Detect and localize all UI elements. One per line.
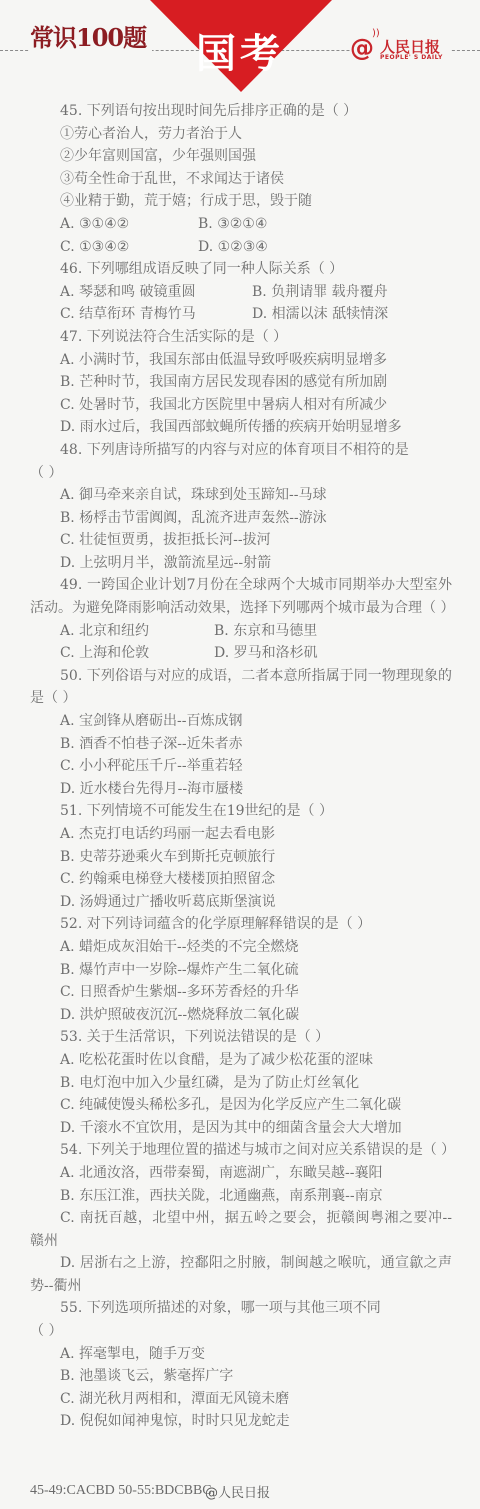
question-stem: 55. 下列选项所描述的对象，哪一项与其他三项不同 (30, 1297, 452, 1320)
option-row: A. 北京和纽约 B. 东京和马德里 (30, 620, 452, 643)
question-53: 53. 关于生活常识，下列说法错误的是（ ） A. 吃松花蛋时佐以食醋，是为了减… (30, 1026, 452, 1139)
option-row: C. 上海和伦敦 D. 罗马和洛杉矶 (30, 642, 452, 665)
brand-name-en: PEOPLE' S DAILY (380, 54, 443, 61)
option-a: A. 宝剑锋从磨砺出--百炼成钢 (30, 710, 452, 733)
option-d: D. 雨水过后，我国西部蚊蝇所传播的疾病开始明显增多 (30, 416, 452, 439)
option-a: A. 琴瑟和鸣 破镜重圆 (60, 281, 252, 304)
series-title: 常识100题 (30, 18, 152, 53)
header-banner: 常识100题 国考 @ )) 人民日报 PEOPLE' S DAILY (0, 0, 480, 96)
option-c: C. 小小秤砣压千斤--举重若轻 (30, 755, 452, 778)
option-c: C. 结草衔环 青梅竹马 (60, 303, 252, 326)
option-a: A. 吃松花蛋时佐以食醋，是为了减少松花蛋的涩味 (30, 1049, 452, 1072)
question-52: 52. 对下列诗词蕴含的化学原理解释错误的是（ ） A. 蜡炬成灰泪始干--烃类… (30, 913, 452, 1026)
option-d: D. 千滚水不宜饮用，是因为其中的细菌含量会大大增加 (30, 1117, 452, 1140)
option-b: B. 东压江淮，西扶关陇，北通幽燕，南系荆襄--南京 (30, 1185, 452, 1208)
option-a: A. 御马牵来亲自试，珠球到处玉蹄知--马球 (30, 484, 452, 507)
option-d: D. 罗马和洛杉矶 (214, 642, 318, 665)
option-row: C. ①③④② D. ①②③④ (30, 236, 452, 259)
question-stem: 53. 关于生活常识，下列说法错误的是（ ） (30, 1026, 452, 1049)
question-list: 45. 下列语句按出现时间先后排序正确的是（ ） ①劳心者治人，劳力者治于人 ②… (30, 100, 452, 1433)
option-c: C. 南抚百越，北望中州，据五岭之要会，扼赣闽粤湘之要冲--赣州 (30, 1207, 452, 1252)
question-46: 46. 下列哪组成语反映了同一种人际关系（ ） A. 琴瑟和鸣 破镜重圆 B. … (30, 258, 452, 326)
question-55: 55. 下列选项所描述的对象，哪一项与其他三项不同 （ ） A. 挥毫掣电，随手… (30, 1297, 452, 1433)
question-stem: 51. 下列情境不可能发生在19世纪的是（ ） (30, 800, 452, 823)
option-c: C. 壮徒恒贾勇，拔拒抵长河--拔河 (30, 529, 452, 552)
question-stem: 54. 下列关于地理位置的描述与城市之间对应关系错误的是（ ） (30, 1139, 452, 1162)
option-d: D. 居浙右之上游，控鄱阳之肘腋，制闽越之喉吭，通宣歙之声势--衢州 (30, 1252, 452, 1297)
question-stem: 48. 下列唐诗所描写的内容与对应的体育项目不相符的是 (30, 439, 452, 462)
question-51: 51. 下列情境不可能发生在19世纪的是（ ） A. 杰克打电话约玛丽一起去看电… (30, 800, 452, 913)
option-a: A. 蜡炬成灰泪始干--烃类的不完全燃烧 (30, 936, 452, 959)
option-c: C. 上海和伦敦 (60, 642, 214, 665)
option-d: D. 近水楼台先得月--海市蜃楼 (30, 778, 452, 801)
option-b: B. 池墨谈飞云，紫毫挥广字 (30, 1365, 452, 1388)
option-d: D. ①②③④ (198, 236, 268, 259)
option-c: C. 湖光秋月两相和，潭面无风镜未磨 (30, 1388, 452, 1411)
option-d: D. 相濡以沫 舐犊情深 (252, 303, 388, 326)
question-stem: 45. 下列语句按出现时间先后排序正确的是（ ） (30, 100, 452, 123)
option-c: C. 约翰乘电梯登大楼楼顶拍照留念 (30, 868, 452, 891)
question-45: 45. 下列语句按出现时间先后排序正确的是（ ） ①劳心者治人，劳力者治于人 ②… (30, 100, 452, 258)
question-stem-continued: （ ） (30, 462, 452, 485)
question-54: 54. 下列关于地理位置的描述与城市之间对应关系错误的是（ ） A. 北通汝洛，… (30, 1139, 452, 1297)
signal-wave-icon: )) (372, 28, 380, 39)
option-c: C. 处暑时节，我国北方医院里中暑病人相对有所减少 (30, 394, 452, 417)
option-b: B. 杨桴击节雷阗阗，乱流齐进声轰然--游泳 (30, 507, 452, 530)
option-d: D. 洪炉照破夜沉沉--燃烧释放二氧化碳 (30, 1004, 452, 1027)
exam-badge-text: 国考 (196, 22, 284, 79)
option-b: B. 史蒂芬逊乘火车到斯托克顿旅行 (30, 846, 452, 869)
option-row: A. 琴瑟和鸣 破镜重圆 B. 负荆请罪 载舟覆舟 (30, 281, 452, 304)
question-item: ②少年富则国富，少年强则国强 (30, 145, 452, 168)
option-b: B. 负荆请罪 载舟覆舟 (252, 281, 388, 304)
option-a: A. ③①④② (60, 213, 198, 236)
weibo-watermark: @人民日报 (205, 1482, 270, 1501)
question-50: 50. 下列俗语与对应的成语，二者本意所指属于同一物理现象的是（ ） A. 宝剑… (30, 665, 452, 801)
option-d: D. 汤姆通过广播收听葛底斯堡演说 (30, 891, 452, 914)
option-b: B. 电灯泡中加入少量红磷，是为了防止灯丝氧化 (30, 1072, 452, 1095)
question-stem: 46. 下列哪组成语反映了同一种人际关系（ ） (30, 258, 452, 281)
question-item: ③苟全性命于乱世，不求闻达于诸侯 (30, 168, 452, 191)
option-a: A. 北京和纽约 (60, 620, 214, 643)
option-b: B. 东京和马德里 (214, 620, 317, 643)
question-47: 47. 下列说法符合生活实际的是（ ） A. 小满时节，我国东部由低温导致呼吸疾… (30, 326, 452, 439)
question-49: 49. 一跨国企业计划7月份在全球两个大城市同期举办大型室外活动。为避免降雨影响… (30, 574, 452, 664)
question-stem: 47. 下列说法符合生活实际的是（ ） (30, 326, 452, 349)
option-row: A. ③①④② B. ③②①④ (30, 213, 452, 236)
option-a: A. 小满时节，我国东部由低温导致呼吸疾病明显增多 (30, 349, 452, 372)
option-b: B. 芒种时节，我国南方居民发现春困的感觉有所加剧 (30, 371, 452, 394)
at-sign-icon: @ (350, 34, 374, 62)
option-c: C. 日照香炉生紫烟--多环芳香烃的升华 (30, 981, 452, 1004)
question-item: ④业精于勤，荒于嬉；行成于思，毁于随 (30, 190, 452, 213)
option-row: C. 结草衔环 青梅竹马 D. 相濡以沫 舐犊情深 (30, 303, 452, 326)
question-stem: 50. 下列俗语与对应的成语，二者本意所指属于同一物理现象的是（ ） (30, 665, 452, 710)
option-a: A. 北通汝洛，西带秦蜀，南遮湖广，东瞰吴越--襄阳 (30, 1162, 452, 1185)
question-48: 48. 下列唐诗所描写的内容与对应的体育项目不相符的是 （ ） A. 御马牵来亲… (30, 439, 452, 575)
option-b: B. 酒香不怕巷子深--近朱者赤 (30, 733, 452, 756)
option-b: B. 爆竹声中一岁除--爆炸产生二氧化硫 (30, 959, 452, 982)
option-c: C. ①③④② (60, 236, 198, 259)
option-d: D. 倪倪如闻神鬼惊，时时只见龙蛇走 (30, 1410, 452, 1433)
question-stem: 52. 对下列诗词蕴含的化学原理解释错误的是（ ） (30, 913, 452, 936)
option-a: A. 挥毫掣电，随手万变 (30, 1343, 452, 1366)
option-d: D. 上弦明月半，激箭流星远--射箭 (30, 552, 452, 575)
option-b: B. ③②①④ (198, 213, 267, 236)
option-a: A. 杰克打电话约玛丽一起去看电影 (30, 823, 452, 846)
answer-key: 45-49:CACBD 50-55:BDCBBC (30, 1483, 212, 1499)
option-c: C. 纯碱使馒头稀松多孔，是因为化学反应产生二氧化碳 (30, 1094, 452, 1117)
question-stem-continued: （ ） (30, 1320, 452, 1343)
question-item: ①劳心者治人，劳力者治于人 (30, 123, 452, 146)
peoples-daily-logo: @ )) 人民日报 PEOPLE' S DAILY (350, 30, 450, 66)
question-stem: 49. 一跨国企业计划7月份在全球两个大城市同期举办大型室外活动。为避免降雨影响… (30, 574, 452, 619)
